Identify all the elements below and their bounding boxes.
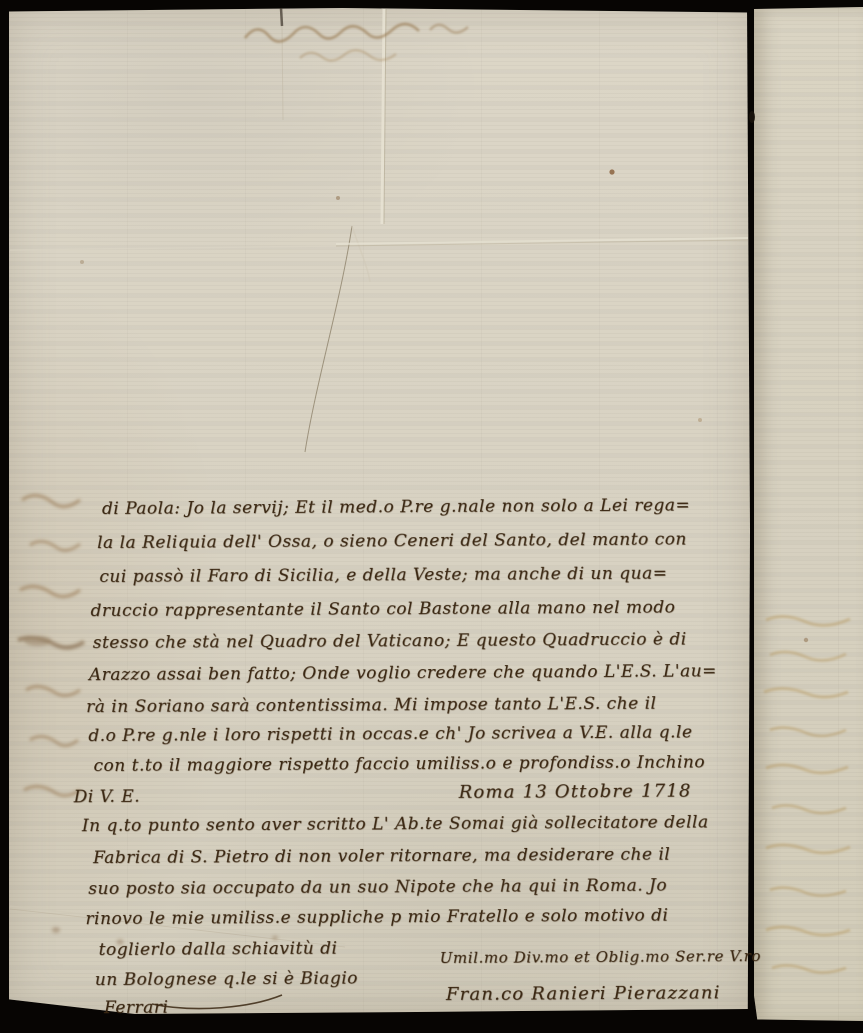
valediction: Di V. E. bbox=[74, 787, 141, 807]
scanned-letter-page: { "colors": { "background": "#070503", "… bbox=[0, 0, 863, 1033]
body-line-9: con t.to il maggiore rispetto faccio umi… bbox=[93, 752, 705, 776]
signature-line-2: Fran.co Ranieri Pierazzani bbox=[446, 982, 721, 1005]
postscript-line-1: In q.to punto sento aver scritto L' Ab.t… bbox=[82, 812, 709, 836]
body-line-2: la la Reliquia dell' Ossa, o sieno Cener… bbox=[97, 529, 687, 553]
dateline: Roma 13 Ottobre 1718 bbox=[459, 780, 692, 802]
body-line-3: cui passò il Faro di Sicilia, e della Ve… bbox=[99, 564, 667, 587]
body-line-5: stesso che stà nel Quadro del Vaticano; … bbox=[93, 629, 687, 653]
postscript-line-7-ferrari: Ferrari bbox=[104, 998, 169, 1018]
body-line-1: di Paola: Jo la servij; Et il med.o P.re… bbox=[102, 495, 690, 519]
signature-line-1: Umil.mo Div.mo et Oblig.mo Ser.re V.ro bbox=[440, 947, 761, 967]
body-line-4: druccio rappresentante il Santo col Bast… bbox=[91, 598, 676, 622]
manuscript-text-block: di Paola: Jo la servij; Et il med.o P.re… bbox=[0, 0, 863, 1033]
postscript-line-2: Fabrica di S. Pietro di non voler ritorn… bbox=[93, 845, 670, 869]
body-line-6: Arazzo assai ben fatto; Onde voglio cred… bbox=[89, 661, 717, 685]
postscript-line-6: un Bolognese q.le si è Biagio bbox=[95, 968, 358, 990]
body-line-7: rà in Soriano sarà contentissima. Mi imp… bbox=[86, 694, 656, 717]
postscript-line-4: rinovo le mie umiliss.e suppliche p mio … bbox=[85, 906, 668, 930]
body-line-8: d.o P.re g.nle i loro rispetti in occas.… bbox=[88, 722, 692, 746]
postscript-line-5: toglierlo dalla schiavitù di bbox=[99, 939, 338, 960]
postscript-line-3: suo posto sia occupato da un suo Nipote … bbox=[88, 876, 667, 900]
